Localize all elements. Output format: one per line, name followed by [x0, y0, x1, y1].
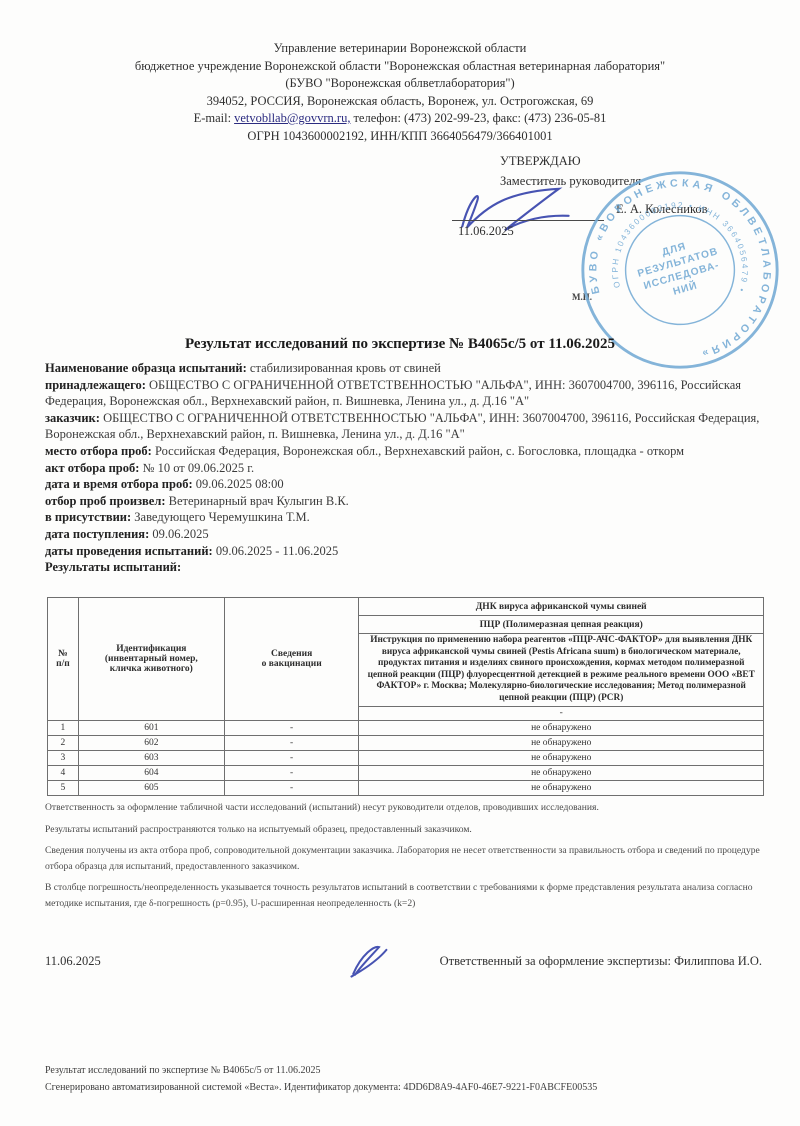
detail-line: дата поступления: 09.06.2025 [45, 526, 761, 543]
detail-line: Результаты испытаний: [45, 559, 761, 576]
cell-id: 603 [78, 750, 224, 765]
org-full-name: бюджетное учреждение Воронежской области… [0, 58, 800, 76]
cell-id: 601 [78, 720, 224, 735]
signoff-date: 11.06.2025 [45, 954, 101, 969]
approval-date: 11.06.2025 [458, 224, 514, 239]
cell-id: 605 [78, 780, 224, 795]
cell-vacc: - [224, 765, 359, 780]
detail-line: дата и время отбора проб: 09.06.2025 08:… [45, 476, 761, 493]
detail-line: даты проведения испытаний: 09.06.2025 - … [45, 543, 761, 560]
table-row: 4 604 - не обнаружено [48, 765, 764, 780]
note-line: В столбце погрешность/неопределенность у… [45, 880, 761, 911]
org-contacts: E-mail:vetvobllab@govvrn.ru,телефон: (47… [0, 110, 800, 128]
cell-result: не обнаружено [359, 750, 764, 765]
cell-result: не обнаружено [359, 765, 764, 780]
org-name: Управление ветеринарии Воронежской облас… [0, 40, 800, 58]
table-row: 5 605 - не обнаружено [48, 780, 764, 795]
col-header-num: № п/п [48, 598, 79, 721]
cell-num: 4 [48, 765, 79, 780]
cell-result: не обнаружено [359, 720, 764, 735]
cell-result: не обнаружено [359, 780, 764, 795]
detail-line: заказчик: ОБЩЕСТВО С ОГРАНИЧЕННОЙ ОТВЕТС… [45, 410, 761, 443]
header-dash-cell: - [359, 706, 764, 720]
detail-line: место отбора проб: Российская Федерация,… [45, 443, 761, 460]
approve-label: УТВЕРЖДАЮ [500, 154, 581, 169]
col-header-method-full: Инструкция по применению набора реагенто… [359, 634, 764, 707]
cell-vacc: - [224, 735, 359, 750]
cell-vacc: - [224, 750, 359, 765]
cell-num: 2 [48, 735, 79, 750]
responsible-signature [345, 940, 391, 980]
document-footer: Результат исследований по экспертизе № В… [45, 1062, 761, 1096]
cell-num: 3 [48, 750, 79, 765]
cell-id: 602 [78, 735, 224, 750]
detail-line: в присутствии: Заведующего Черемушкина Т… [45, 509, 761, 526]
sample-details: Наименование образца испытаний: стабилиз… [45, 360, 761, 576]
org-address: 394052, РОССИЯ, Воронежская область, Вор… [0, 93, 800, 111]
email-link[interactable]: vetvobllab@govvrn.ru, [234, 111, 350, 125]
footer-generated-id: Сгенерировано автоматизированной системо… [45, 1079, 761, 1096]
detail-line: Наименование образца испытаний: стабилиз… [45, 360, 761, 377]
table-row: 1 601 - не обнаружено [48, 720, 764, 735]
cell-result: не обнаружено [359, 735, 764, 750]
note-line: Сведения получены из акта отбора проб, с… [45, 843, 761, 874]
email-label: E-mail: [194, 111, 232, 125]
detail-line: акт отбора проб: № 10 от 09.06.2025 г. [45, 460, 761, 477]
cell-num: 1 [48, 720, 79, 735]
table-row: 3 603 - не обнаружено [48, 750, 764, 765]
col-header-ident: Идентификация (инвентарный номер, кличка… [78, 598, 224, 721]
detail-line: отбор проб произвел: Ветеринарный врач К… [45, 493, 761, 510]
responsible-label: Ответственный за оформление экспертизы: … [440, 954, 762, 969]
col-header-test: ДНК вируса африканской чумы свиней [359, 598, 764, 616]
col-header-method-short: ПЦР (Полимеразная цепная реакция) [359, 616, 764, 634]
approval-block: УТВЕРЖДАЮ Заместитель руководителя Е. А.… [430, 150, 800, 365]
cell-vacc: - [224, 720, 359, 735]
note-line: Результаты испытаний распространяются то… [45, 822, 761, 838]
table-row: 2 602 - не обнаружено [48, 735, 764, 750]
col-header-vacc: Сведения о вакцинации [224, 598, 359, 721]
detail-line: принадлежащего: ОБЩЕСТВО С ОГРАНИЧЕННОЙ … [45, 377, 761, 410]
org-ogrn-inn: ОГРН 1043600002192, ИНН/КПП 3664056479/3… [0, 128, 800, 146]
document-title: Результат исследований по экспертизе № В… [0, 336, 800, 353]
org-header: Управление ветеринарии Воронежской облас… [0, 40, 800, 145]
cell-num: 5 [48, 780, 79, 795]
org-short-name: (БУВО "Воронежская облветлаборатория") [0, 75, 800, 93]
results-table: № п/п Идентификация (инвентарный номер, … [47, 597, 764, 796]
notes-section: Ответственность за оформление табличной … [45, 800, 761, 917]
footer-expertise-ref: Результат исследований по экспертизе № В… [45, 1062, 761, 1079]
phone-fax: телефон: (473) 202-99-23, факс: (473) 23… [353, 111, 606, 125]
document-page: Управление ветеринарии Воронежской облас… [0, 0, 800, 1126]
cell-id: 604 [78, 765, 224, 780]
note-line: Ответственность за оформление табличной … [45, 800, 761, 816]
cell-vacc: - [224, 780, 359, 795]
